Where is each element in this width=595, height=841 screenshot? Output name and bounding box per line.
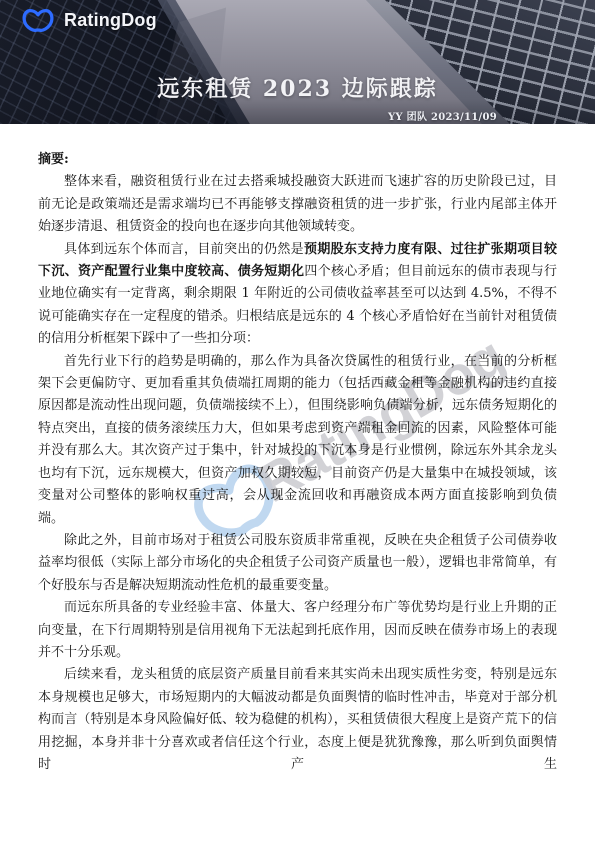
summary-section: 摘要: 整体来看，融资租赁行业在过去搭乘城投融资大跃进而飞速扩容的历史阶段已过，… <box>38 149 557 776</box>
paragraph-debt-and-asset-analysis: 首先行业下行的趋势是明确的，那么作为具备次贷属性的租赁行业，在当前的分析框架下会… <box>38 351 557 530</box>
paragraph-shareholder-quality: 除此之外，目前市场对于租赁公司股东资质非常重视，反映在央企租赁子公司债券收益率均… <box>38 530 557 597</box>
brand-logo: RatingDog <box>20 7 157 34</box>
report-title: 远东租赁 2023 边际跟踪 <box>0 72 595 103</box>
brand-name: RatingDog <box>64 10 157 31</box>
paragraph-industry-overview: 整体来看，融资租赁行业在过去搭乘城投融资大跃进而飞速扩容的历史阶段已过，目前无论… <box>38 171 557 238</box>
team-byline: YY 团队 2023/11/09 <box>0 108 497 123</box>
dog-logo-icon <box>20 7 56 34</box>
report-page: RatingDog 远东租赁 2023 边际跟踪 YY 团队 2023/11/0… <box>0 0 595 841</box>
header-banner: RatingDog 远东租赁 2023 边际跟踪 YY 团队 2023/11/0… <box>0 0 595 124</box>
paragraph-core-contradictions: 具体到远东个体而言，目前突出的仍然是预期股东支持力度有限、过往扩张期项目较下沉、… <box>38 239 557 351</box>
summary-heading: 摘要: <box>38 149 557 171</box>
paragraph-text-lead: 具体到远东个体而言，目前突出的仍然是 <box>64 242 304 257</box>
paragraph-outlook: 后续来看，龙头租赁的底层资产质量目前看来其实尚未出现实质性劣变，特别是远东本身规… <box>38 664 557 776</box>
paragraph-competitive-advantages: 而远东所具备的专业经验丰富、体量大、客户经理分布广等优势均是行业上升期的正向变量… <box>38 597 557 664</box>
